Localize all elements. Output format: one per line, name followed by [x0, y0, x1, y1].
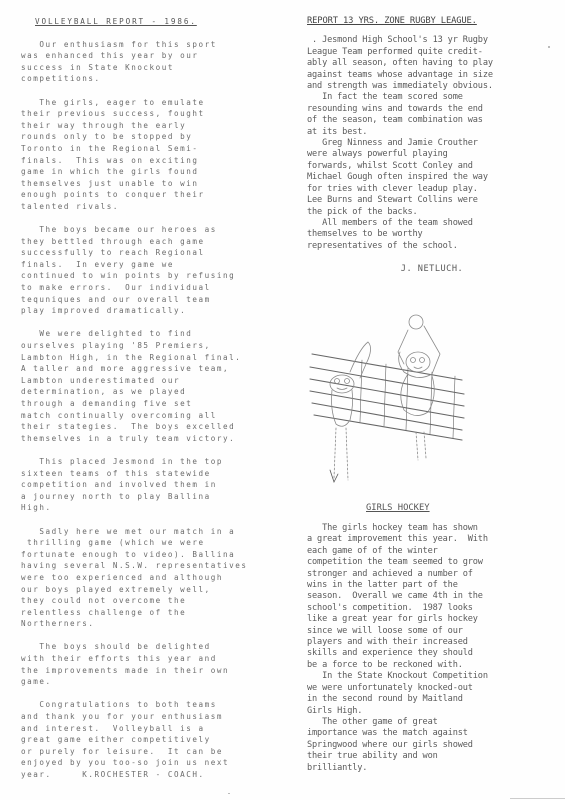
volleyball-signoff: year. K.ROCHESTER - COACH.: [21, 769, 283, 781]
rugby-report: REPORT 13 YRS. ZONE RUGBY LEAGUE. . Jesm…: [307, 16, 557, 276]
volleyball-paragraph: The girls, eager to emulate their previo…: [21, 97, 283, 213]
rugby-body: . Jesmond High School's 13 yr Rugby Leag…: [307, 35, 557, 252]
scan-mark: [510, 798, 565, 799]
hockey-body: The girls hockey team has shown a great …: [307, 523, 557, 774]
ball: [409, 315, 423, 329]
hockey-title: GIRLS HOCKEY: [366, 503, 430, 513]
spiker-figure: [398, 326, 440, 460]
volleyball-paragraph: The boys should be delighted with their …: [21, 641, 283, 687]
rugby-author: J. NETLUCH.: [307, 264, 557, 275]
volleyball-report: VOLLEYBALL REPORT - 1986. Our enthusiasm…: [21, 16, 283, 781]
volleyball-sketch-illustration: [300, 292, 490, 492]
coach-signature: K.ROCHESTER - COACH.: [82, 770, 204, 779]
volleyball-paragraph: Our enthusiasm for this sport was enhanc…: [21, 39, 283, 85]
volleyball-paragraph: The boys became our heroes as they bettl…: [21, 224, 283, 317]
volleyball-paragraph: Congratulations to both teams and thank …: [21, 699, 283, 769]
volleyball-paragraph: Sadly here we met our match in a thrilli…: [21, 526, 283, 630]
volleyball-paragraph: This placed Jesmond in the top sixteen t…: [21, 456, 283, 514]
net-lines: [310, 354, 464, 440]
scan-mark: [228, 793, 230, 794]
newsletter-page: VOLLEYBALL REPORT - 1986. Our enthusiasm…: [0, 0, 565, 800]
scan-mark: [548, 46, 550, 48]
volleyball-paragraph: We were delighted to find ourselves play…: [21, 328, 283, 444]
volleyball-title: VOLLEYBALL REPORT - 1986.: [35, 16, 283, 28]
rugby-title: REPORT 13 YRS. ZONE RUGBY LEAGUE.: [307, 16, 557, 27]
closing-word: year.: [21, 770, 52, 779]
